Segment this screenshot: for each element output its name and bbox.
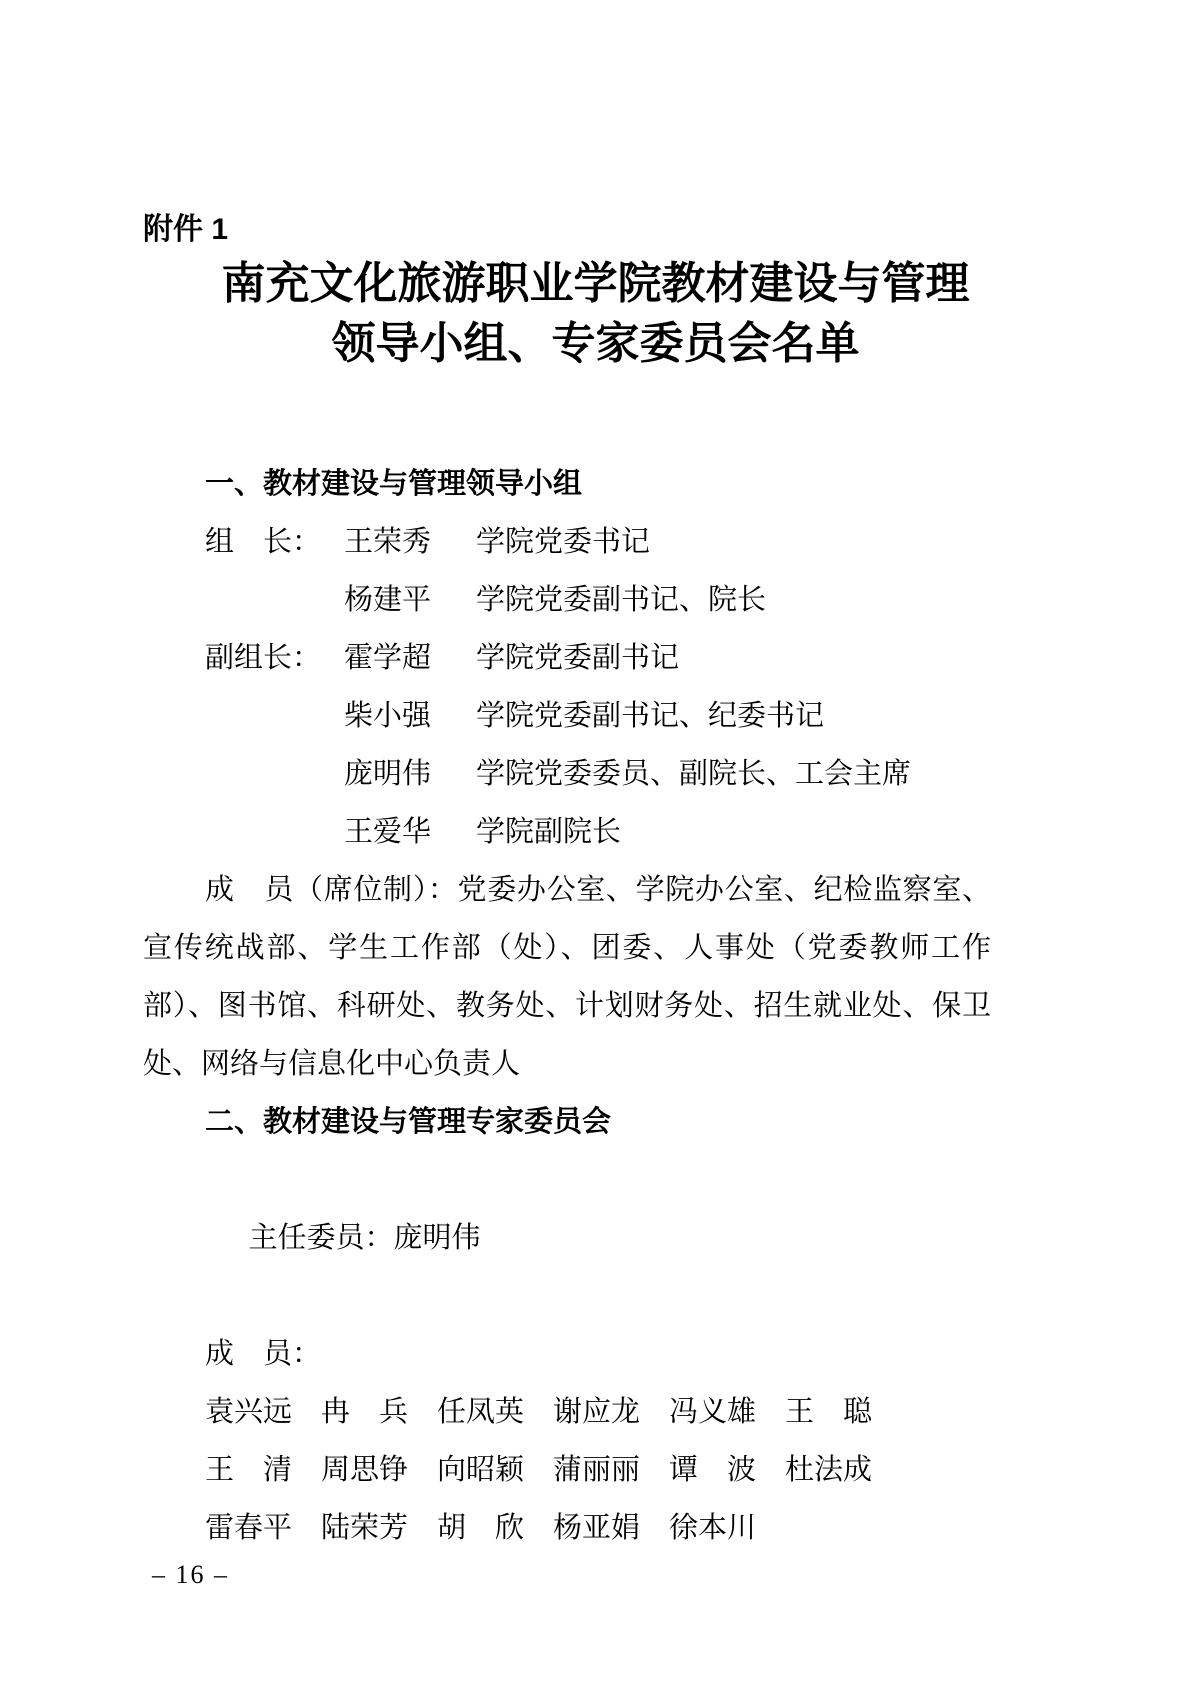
director-name: 庞明伟 [394, 1222, 481, 1254]
attachment-label: 附件 1 [143, 212, 228, 248]
title-line-2: 领导小组、专家委员会名单 [0, 314, 1191, 374]
person-name: 王爱华 [344, 803, 476, 861]
role-label [205, 745, 344, 803]
section2-heading: 二、教材建设与管理专家委员会 [143, 1093, 991, 1151]
leadership-row-deputy-3: 庞明伟 学院党委委员、副院长、工会主席 [143, 745, 991, 803]
page-number: – 16 – [152, 1560, 229, 1590]
person-name: 柴小强 [344, 687, 476, 745]
person-title: 学院党委副书记、纪委书记 [476, 687, 991, 745]
director-row: 主任委员：庞明伟 [143, 1151, 991, 1325]
document-body: 一、教材建设与管理领导小组 组 长： 王荣秀 学院党委书记 杨建平 学院党委副书… [143, 455, 991, 1557]
document-title: 南充文化旅游职业学院教材建设与管理 领导小组、专家委员会名单 [0, 254, 1191, 374]
leadership-row-deputy-1: 副组长： 霍学超 学院党委副书记 [143, 629, 991, 687]
role-label: 组 长： [205, 513, 344, 571]
role-label [205, 571, 344, 629]
member-names-row-1: 袁兴远 冉 兵 任凤英 谢应龙 冯义雄 王 聪 [143, 1383, 991, 1441]
leadership-row-deputy-4: 王爱华 学院副院长 [143, 803, 991, 861]
director-label: 主任委员： [249, 1222, 394, 1254]
member-names-row-3: 雷春平 陆荣芳 胡 欣 杨亚娟 徐本川 [143, 1499, 991, 1557]
person-title: 学院副院长 [476, 803, 991, 861]
person-title: 学院党委副书记 [476, 629, 991, 687]
section1-heading: 一、教材建设与管理领导小组 [143, 455, 991, 513]
person-name: 霍学超 [344, 629, 476, 687]
role-label [205, 803, 344, 861]
member-names-row-2: 王 清 周思铮 向昭颖 蒲丽丽 谭 波 杜法成 [143, 1441, 991, 1499]
members-label: 成 员： [143, 1325, 991, 1383]
section1-members-paragraph: 成 员（席位制）：党委办公室、学院办公室、纪检监察室、宣传统战部、学生工作部（处… [143, 861, 991, 1093]
role-label: 副组长： [205, 629, 344, 687]
person-title: 学院党委副书记、院长 [476, 571, 991, 629]
person-name: 王荣秀 [344, 513, 476, 571]
leadership-row-leader-1: 组 长： 王荣秀 学院党委书记 [143, 513, 991, 571]
leadership-row-deputy-2: 柴小强 学院党委副书记、纪委书记 [143, 687, 991, 745]
role-label [205, 687, 344, 745]
person-title: 学院党委委员、副院长、工会主席 [476, 745, 991, 803]
person-title: 学院党委书记 [476, 513, 991, 571]
document-page: 附件 1 南充文化旅游职业学院教材建设与管理 领导小组、专家委员会名单 一、教材… [0, 0, 1191, 1684]
title-line-1: 南充文化旅游职业学院教材建设与管理 [0, 254, 1191, 314]
leadership-row-leader-2: 杨建平 学院党委副书记、院长 [143, 571, 991, 629]
person-name: 庞明伟 [344, 745, 476, 803]
person-name: 杨建平 [344, 571, 476, 629]
